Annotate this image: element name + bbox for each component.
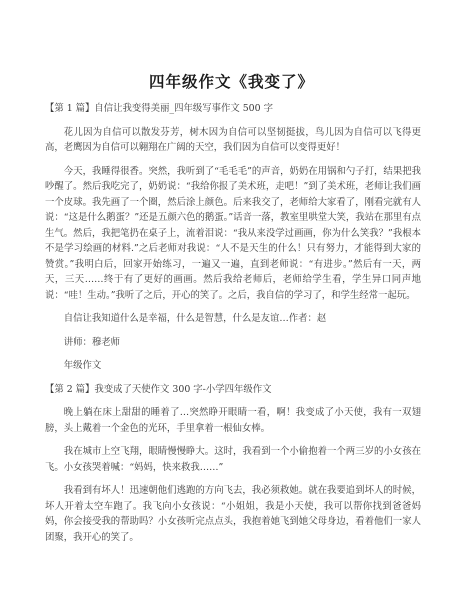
document-body: 【第 1 篇】自信让我变得美丽_四年级写事作文 500 字 花儿因为自信可以散发… bbox=[45, 101, 421, 553]
section-2-heading: 【第 2 篇】我变成了天使作文 300 字-小学四年级作文 bbox=[45, 382, 421, 398]
paragraph: 自信让我知道什么是幸福，什么是智慧，什么是友谊…作者：赵 bbox=[45, 311, 421, 327]
paragraph: 讲师：穆老师 bbox=[45, 335, 421, 351]
paragraph: 我在城市上空飞翔，眼睛慢慢睁大。这时，我看到一个小偷抱着一个两三岁的小女孩在飞。… bbox=[45, 444, 421, 475]
paragraph: 晚上躺在床上甜甜的睡着了…突然睁开眼睛一看，啊！我变成了小天使，我有一双翅膀，头… bbox=[45, 405, 421, 436]
paragraph: 今天，我睡得很香。突然，我听到了“毛毛毛”的声音，奶奶在用锅和勺子打，结果把我吵… bbox=[45, 164, 421, 304]
section-1-heading: 【第 1 篇】自信让我变得美丽_四年级写事作文 500 字 bbox=[45, 101, 421, 117]
document-page: 四年级作文《我变了》 【第 1 篇】自信让我变得美丽_四年级写事作文 500 字… bbox=[0, 0, 463, 600]
paragraph: 我看到有坏人！迅速朝他们逃跑的方向飞去，我必须救她。就在我要追到坏人的时候，坏人… bbox=[45, 483, 421, 545]
paragraph: 年级作文 bbox=[45, 358, 421, 374]
document-title: 四年级作文《我变了》 bbox=[0, 70, 463, 92]
paragraph: 花儿因为自信可以散发芬芳，树木因为自信可以坚韧挺拔，鸟儿因为自信可以飞得更高，老… bbox=[45, 125, 421, 156]
